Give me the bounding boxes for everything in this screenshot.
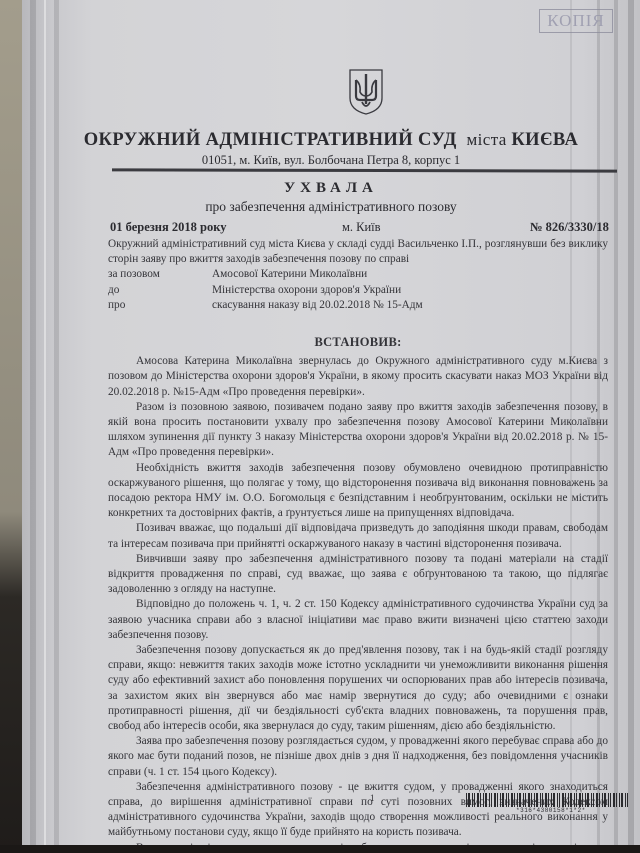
court-address: 01051, м. Київ, вул. Болбочана Петра 8, … — [22, 153, 640, 168]
court-name: ОКРУЖНИЙ АДМІНІСТРАТИВНИЙ СУД міста КИЄВ… — [22, 130, 640, 151]
party-value: Міністерства охорони здоров'я України — [212, 283, 401, 298]
party-value: Амосової Катерини Миколаївни — [212, 267, 367, 282]
body-paragraph: Необхідність вжиття заходів забезпечення… — [108, 461, 608, 522]
case-number: № 826/3330/18 — [530, 220, 609, 235]
section-heading: ВСТАНОВИВ: — [108, 335, 608, 350]
scan-streak — [628, 0, 634, 845]
court-name-main: ОКРУЖНИЙ АДМІНІСТРАТИВНИЙ СУД — [84, 130, 457, 150]
body-paragraph: Заява про забезпечення позову розглядаєт… — [108, 734, 608, 780]
copy-stamp: КОПІЯ — [539, 9, 613, 33]
header-divider — [112, 168, 617, 172]
party-row: про скасування наказу від 20.02.2018 № 1… — [108, 298, 608, 313]
barcode-icon — [466, 793, 630, 807]
party-label: про — [108, 298, 212, 313]
decision-place: м. Київ — [342, 220, 381, 235]
document-subtitle: про забезпечення адміністративного позов… — [22, 199, 640, 215]
body-paragraph: Позивач вважає, що подальші дії відповід… — [108, 521, 608, 551]
document-body: Окружний адміністративний суд міста Києв… — [108, 237, 608, 845]
scan-streak — [30, 0, 36, 845]
party-label: за позовом — [108, 267, 212, 282]
scan-streak — [44, 0, 46, 845]
scan-streak — [614, 0, 618, 845]
scan-streak — [54, 0, 59, 845]
body-paragraph: Відповідно до положень ч. 1, ч. 2 ст. 15… — [108, 597, 608, 643]
court-name-city-prefix: міста — [466, 130, 506, 149]
body-paragraph: Вивчивши заяву про забезпечення адмініст… — [108, 552, 608, 598]
party-row: до Міністерства охорони здоров'я України — [108, 283, 608, 298]
document-page: КОПІЯ ОКРУЖНИЙ АДМІНІСТРАТИВНИЙ СУД міст… — [22, 0, 640, 845]
party-row: за позовом Амосової Катерини Миколаївни — [108, 267, 608, 282]
party-value: скасування наказу від 20.02.2018 № 15-Ад… — [212, 298, 423, 313]
court-name-city: КИЄВА — [511, 130, 578, 150]
body-paragraph: Разом із позовною заявою, позивачем пода… — [108, 400, 608, 461]
barcode-text: *316*43801​58*1*2* — [516, 807, 586, 814]
intro-paragraph: Окружний адміністративний суд міста Києв… — [108, 237, 608, 267]
trident-coat-of-arms-icon — [348, 68, 384, 116]
background-surface — [0, 845, 640, 853]
document-type: УХВАЛА — [22, 180, 640, 197]
party-label: до — [108, 283, 212, 298]
decision-date: 01 березня 2018 року — [110, 220, 226, 235]
parties-list: за позовом Амосової Катерини Миколаївни … — [108, 267, 608, 313]
page-number: 1 — [370, 793, 375, 803]
body-paragraph: Забезпечення позову допускається як до п… — [108, 643, 608, 734]
body-paragraph: Амосова Катерина Миколаївна звернулась д… — [108, 354, 608, 400]
